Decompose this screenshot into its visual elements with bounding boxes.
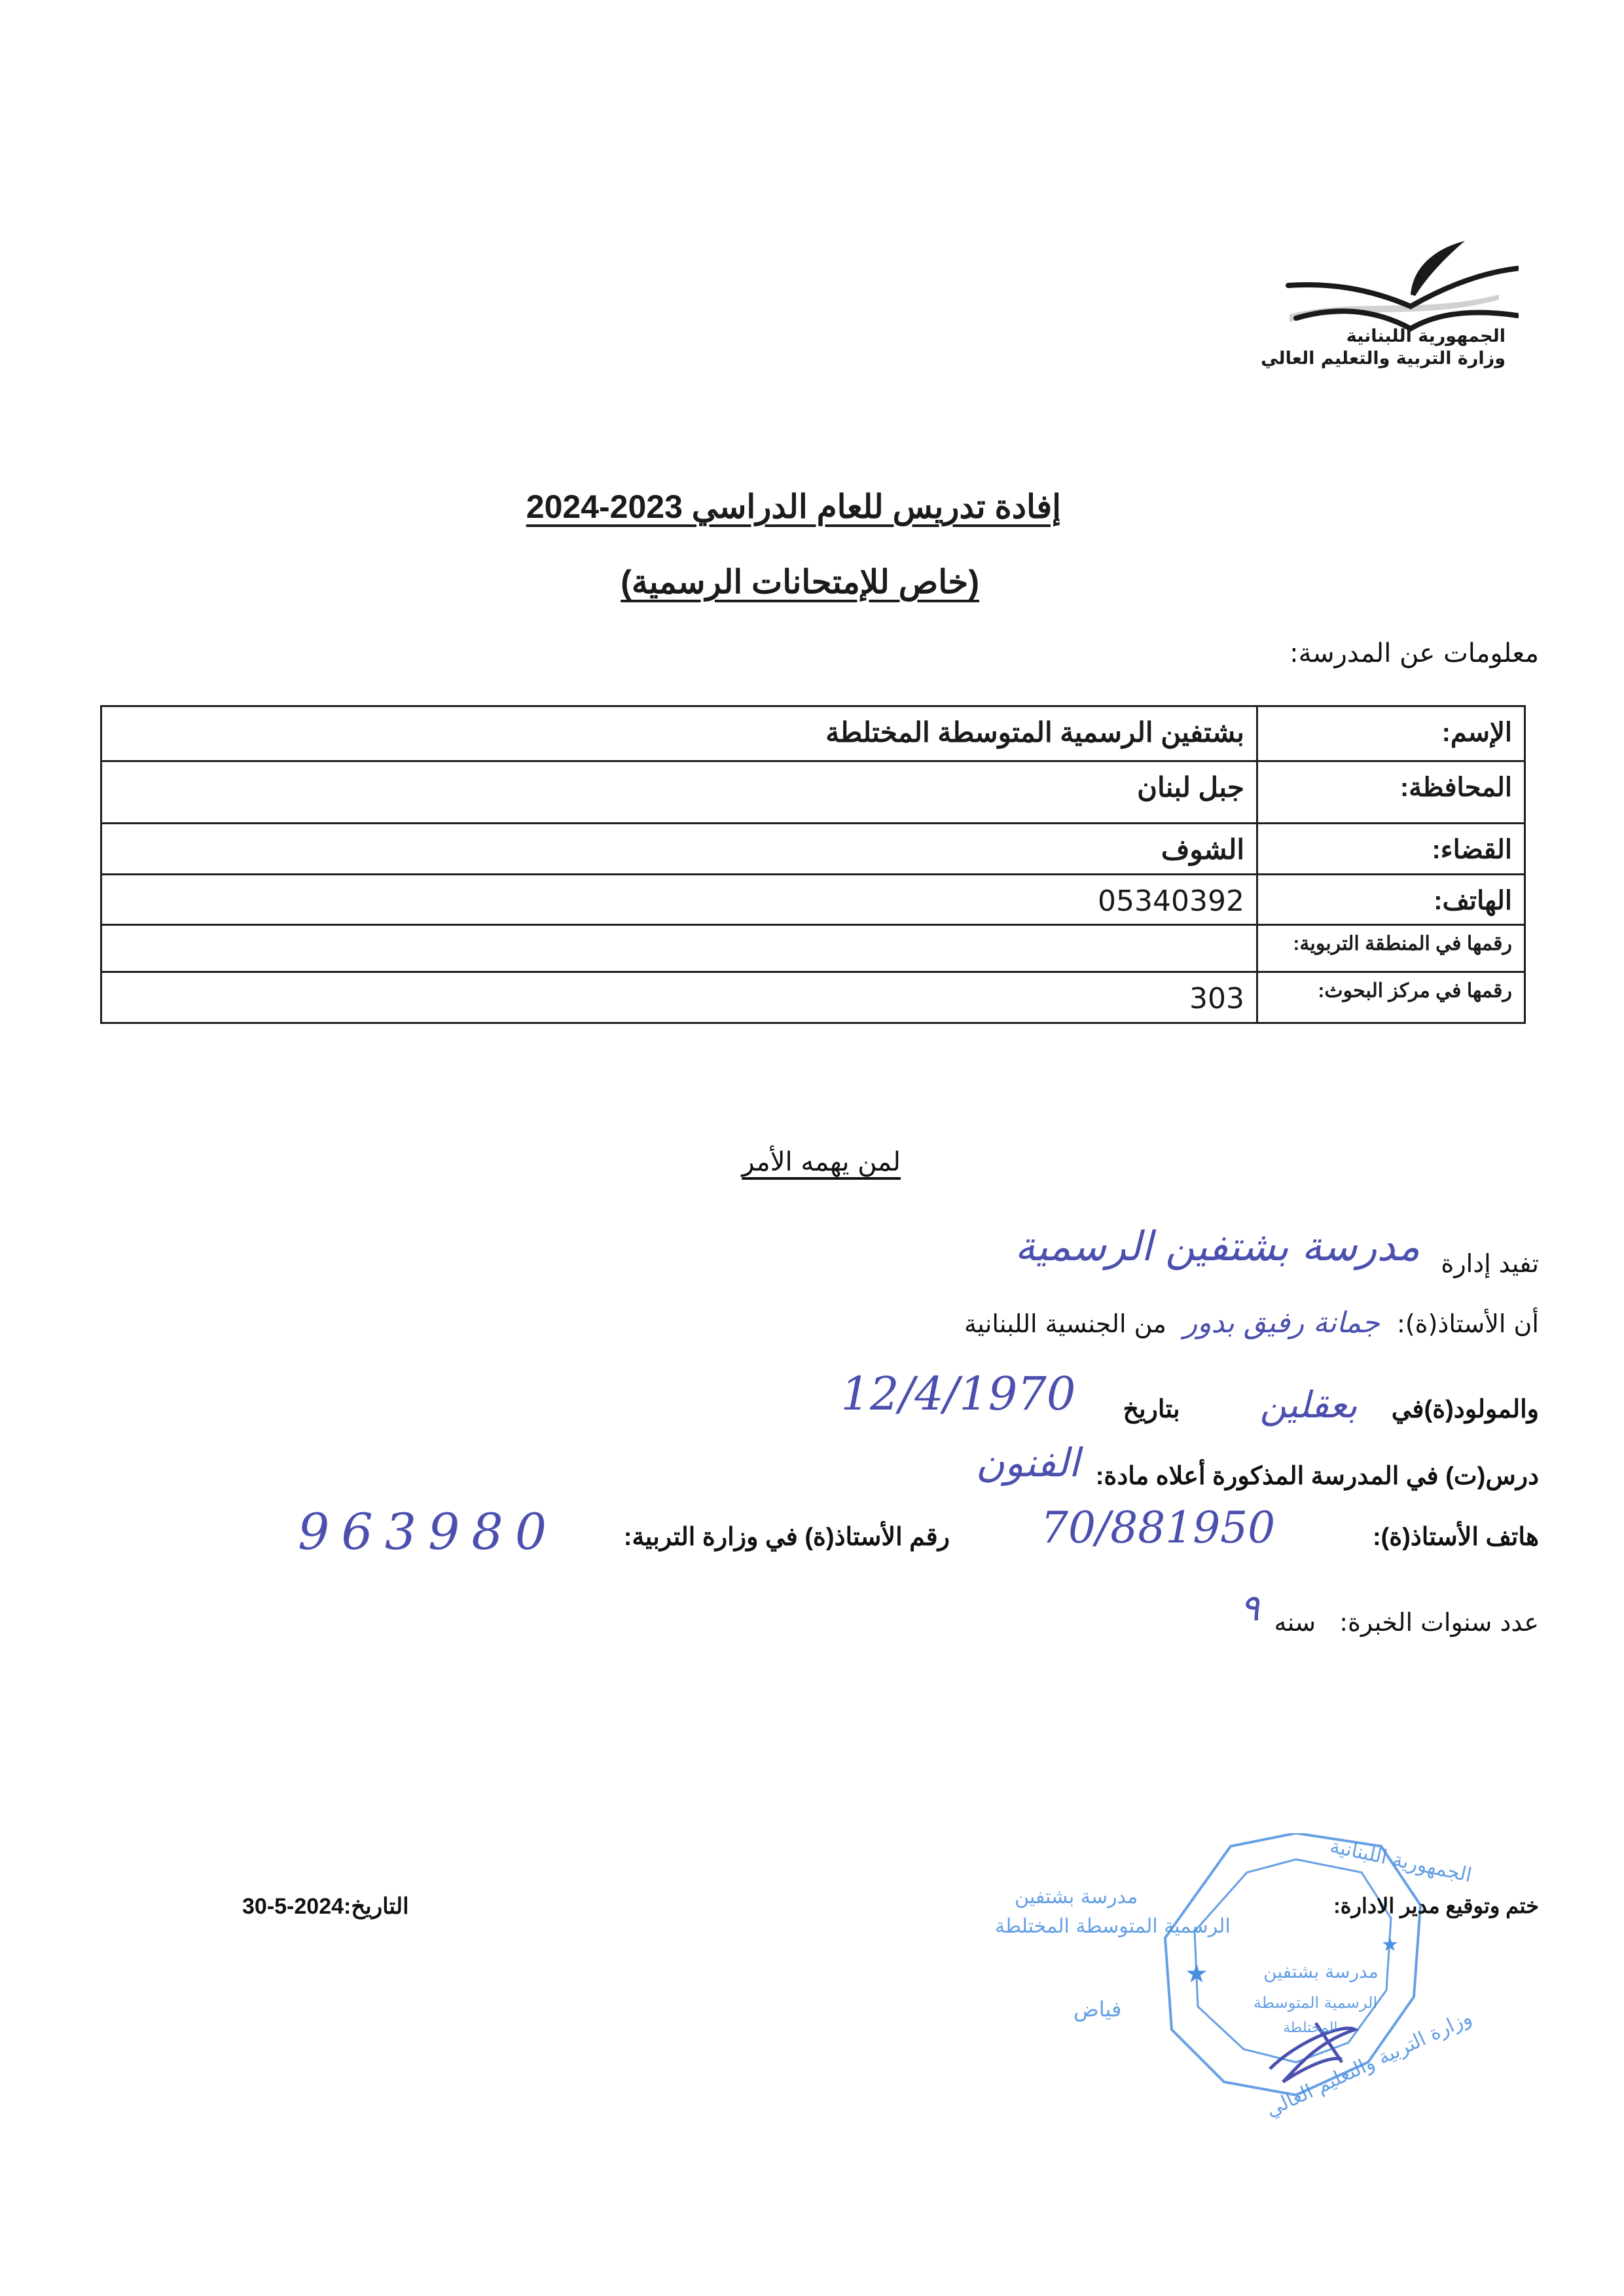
administration-line: تفيد إدارة مدرسة بشتفين الرسمية bbox=[1015, 1234, 1539, 1282]
birth-date-label: بتاريخ bbox=[1123, 1396, 1180, 1423]
stamp-rect-line-2: الرسمية المتوسطة المختلطة bbox=[995, 1915, 1231, 1938]
value-research-center-number: 303 bbox=[101, 972, 1257, 1023]
open-book-with-quill-icon bbox=[1263, 223, 1519, 334]
label-name: الإسم: bbox=[1257, 706, 1525, 761]
value-district: الشوف bbox=[101, 824, 1257, 875]
ministry-number-label: رقم الأستاذ(ة) في وزارة التربية: bbox=[624, 1522, 950, 1552]
value-name: بشتفين الرسمية المتوسطة المختلطة bbox=[101, 706, 1257, 761]
republic-name: الجمهورية اللبنانية bbox=[1346, 326, 1506, 346]
value-governorate: جبل لبنان bbox=[101, 761, 1257, 824]
issue-date: التاريخ:30-5-2024 bbox=[242, 1893, 409, 1920]
date-label: التاريخ: bbox=[344, 1894, 409, 1919]
stamp-signature-label: ختم وتوقيع مدير الادارة: bbox=[1333, 1893, 1539, 1918]
stamp-rect-line-1: مدرسة بشتفين bbox=[1015, 1886, 1138, 1908]
birth-line: والمولود(ة)في بعقلين بتاريخ 12/4/1970 bbox=[840, 1375, 1539, 1429]
experience-line: عدد سنوات الخبرة: سنه ٩ bbox=[1240, 1597, 1539, 1640]
svg-text:★: ★ bbox=[1381, 1933, 1399, 1956]
document-title: إفادة تدريس للعام الدراسي 2023-2024 bbox=[526, 488, 1061, 526]
experience-label: عدد سنوات الخبرة: bbox=[1339, 1608, 1539, 1637]
handwritten-birth-place: بعقلين bbox=[1260, 1384, 1358, 1427]
label-governorate: المحافظة: bbox=[1257, 761, 1525, 824]
school-info-table: الإسم: بشتفين الرسمية المتوسطة المختلطة … bbox=[100, 705, 1526, 1024]
label-phone: الهاتف: bbox=[1257, 875, 1525, 925]
handwritten-birth-date: 12/4/1970 bbox=[840, 1367, 1075, 1421]
handwritten-experience-years: ٩ bbox=[1240, 1587, 1259, 1630]
label-research-center-number: رقمها في مركز البحوث: bbox=[1257, 972, 1525, 1023]
table-row: الإسم: بشتفين الرسمية المتوسطة المختلطة bbox=[101, 706, 1525, 761]
stamp-rect-line-3: فياض bbox=[1074, 1997, 1121, 2022]
table-row: رقمها في المنطقة التربوية: bbox=[101, 925, 1525, 972]
subject-line: درس(ت) في المدرسة المذكورة أعلاه مادة: ا… bbox=[976, 1448, 1539, 1494]
experience-unit: سنه bbox=[1274, 1608, 1316, 1637]
table-row: المحافظة: جبل لبنان bbox=[101, 761, 1525, 824]
stamp-center-line-3: المختلطة bbox=[1283, 2020, 1338, 2036]
to-whom-it-may-concern: لمن يهمه الأمر bbox=[742, 1147, 901, 1177]
document-subtitle: (خاص للإمتحانات الرسمية) bbox=[621, 563, 979, 601]
stamp-center-line-2: الرسمية المتوسطة bbox=[1254, 1994, 1377, 2012]
date-value: 30-5-2024 bbox=[242, 1894, 344, 1919]
label-educational-zone-number: رقمها في المنطقة التربوية: bbox=[1257, 925, 1525, 972]
subject-label: درس(ت) في المدرسة المذكورة أعلاه مادة: bbox=[1096, 1463, 1539, 1490]
teacher-line: أن الأستاذ(ة): جمانة رفيق بدور من الجنسي… bbox=[964, 1306, 1539, 1339]
value-educational-zone-number bbox=[101, 925, 1257, 972]
value-phone: 05340392 bbox=[101, 875, 1257, 925]
stamp-center-line-1: مدرسة بشتفين bbox=[1263, 1961, 1379, 1982]
handwritten-teacher-name: جمانة رفيق بدور bbox=[1183, 1306, 1380, 1339]
handwritten-subject: الفنون bbox=[976, 1440, 1079, 1486]
ministry-name: وزارة التربية والتعليم العالي bbox=[1261, 348, 1506, 369]
table-row: القضاء: الشوف bbox=[101, 824, 1525, 875]
administration-label: تفيد إدارة bbox=[1441, 1249, 1539, 1278]
teacher-label: أن الأستاذ(ة): bbox=[1397, 1309, 1539, 1338]
table-row: الهاتف: 05340392 bbox=[101, 875, 1525, 925]
handwritten-teacher-phone: 70/881950 bbox=[1041, 1503, 1275, 1553]
birth-label: والمولود(ة)في bbox=[1392, 1396, 1539, 1423]
school-info-label: معلومات عن المدرسة: bbox=[1290, 638, 1539, 668]
nationality-text: من الجنسية اللبنانية bbox=[964, 1309, 1166, 1338]
handwritten-ministry-number: 963980 bbox=[298, 1503, 558, 1561]
handwritten-school-name: مدرسة بشتفين الرسمية bbox=[1015, 1222, 1420, 1270]
official-stamp: ★ ★ مدرسة بشتفين الرسمية المتوسطة المختل… bbox=[988, 1833, 1558, 2108]
ministry-logo: الجمهورية اللبنانية وزارة التربية والتعل… bbox=[1263, 223, 1519, 373]
label-district: القضاء: bbox=[1257, 824, 1525, 875]
teacher-phone-label: هاتف الأستاذ(ة): bbox=[1373, 1522, 1539, 1552]
table-row: رقمها في مركز البحوث: 303 bbox=[101, 972, 1525, 1023]
svg-text:★: ★ bbox=[1185, 1959, 1208, 1989]
